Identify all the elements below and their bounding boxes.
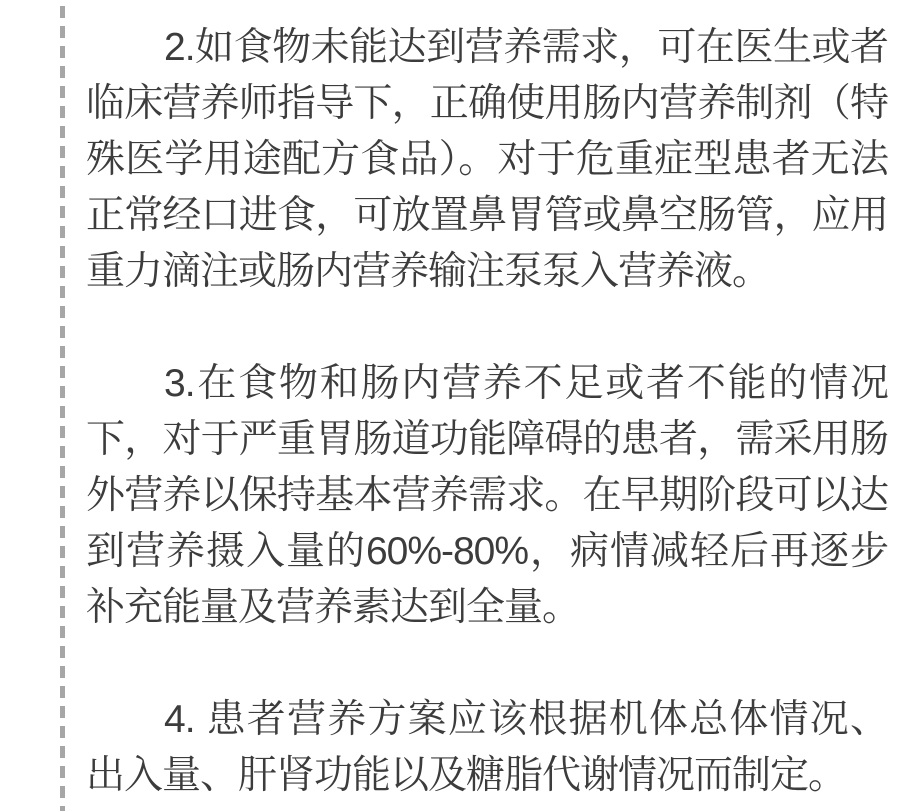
paragraph-item-2: 2.如食物未能达到营养需求，可在医生或者临床营养师指导下，正确使用肠内营养制剂（…: [86, 20, 888, 300]
paragraph-item-4: 4. 患者营养方案应该根据机体总体情况、出入量、肝肾功能以及糖脂代谢情况而制定。: [86, 692, 888, 804]
article-content: 2.如食物未能达到营养需求，可在医生或者临床营养师指导下，正确使用肠内营养制剂（…: [86, 20, 888, 804]
paragraph-item-3: 3.在食物和肠内营养不足或者不能的情况下，对于严重胃肠道功能障碍的患者，需采用肠…: [86, 356, 888, 636]
left-dashed-border: [60, 0, 65, 811]
article-page: 2.如食物未能达到营养需求，可在医生或者临床营养师指导下，正确使用肠内营养制剂（…: [0, 0, 900, 811]
